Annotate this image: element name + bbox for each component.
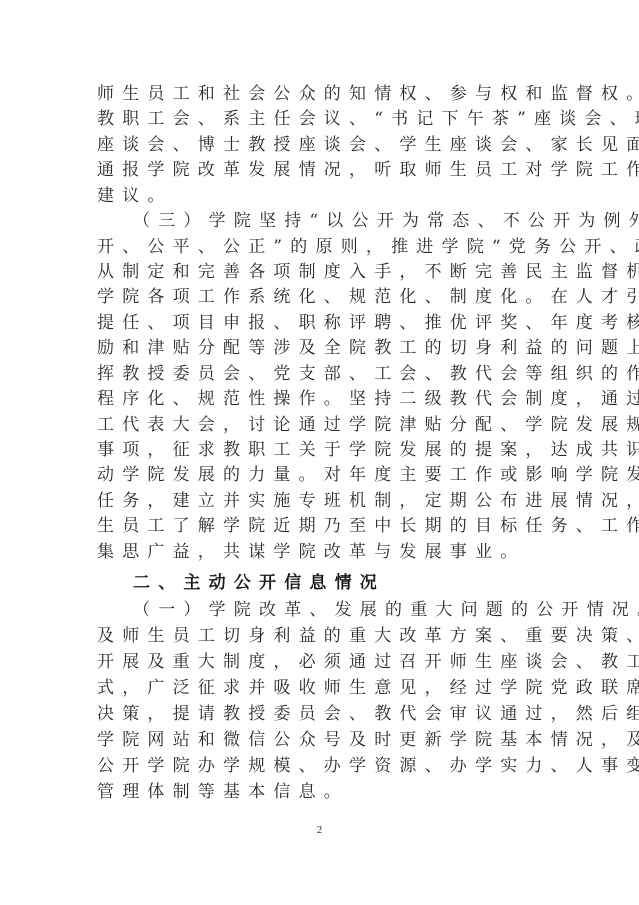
paragraph-line: 建议。 (97, 184, 542, 208)
paragraph-line: 及师生员工切身利益的重大改革方案、重要决策、重要工作 (97, 624, 542, 648)
paragraph-line: 学院网站和微信公众号及时更新学院基本情况，及时向社会 (97, 728, 542, 752)
paragraph-line: 开展及重大制度，必须通过召开师生座谈会、教工大会等形 (97, 650, 542, 674)
paragraph-line: 座谈会、博士教授座谈会、学生座谈会、家长见面会等形式， (97, 133, 542, 157)
paragraph-line: 生员工了解学院近期乃至中长期的目标任务、工作推进情况， (97, 514, 542, 538)
paragraph-line: 从制定和完善各项制度入手，不断完善民主监督机制，促进 (97, 260, 542, 284)
paragraph-line: 决策，提请教授委员会、教代会审议通过，然后组织实施。 (97, 702, 542, 726)
paragraph-line: 通报学院改革发展情况，听取师生员工对学院工作的意见与 (97, 158, 542, 182)
paragraph-line: 师生员工和社会公众的知情权、参与权和监督权。定期召开 (97, 82, 542, 106)
paragraph-line: 式，广泛征求并吸收师生意见，经过学院党政联席会议讨论、 (97, 676, 542, 700)
paragraph-line: 励和津贴分配等涉及全院教工的切身利益的问题上，充分发 (97, 336, 542, 360)
paragraph-line: 公开学院办学规模、办学资源、办学实力、人事变动、内部 (97, 754, 542, 778)
paragraph-line: 集思广益，共谋学院改革与发展事业。 (97, 540, 542, 564)
paragraph-line: 程序化、规范性操作。坚持二级教代会制度，通过召开教职 (97, 387, 542, 411)
paragraph-line: 提任、项目申报、职称评聘、推优评奖、年度考核、年底奖 (97, 311, 542, 335)
paragraph-line: 工代表大会，讨论通过学院津贴分配、学院发展规划等重大 (97, 413, 542, 437)
paragraph-line: 挥教授委员会、党支部、工会、教代会等组织的作用，进行 (97, 362, 542, 386)
paragraph-line: 教职工会、系主任会议、“书记下午茶”座谈会、班级导师 (97, 107, 542, 131)
paragraph-line: 事项，征求教职工关于学院发展的提案，达成共识，凝聚推 (97, 438, 542, 462)
paragraph-line: 动学院发展的力量。对年度主要工作或影响学院发展的重大 (97, 463, 542, 487)
paragraph-line-indented: （三）学院坚持“以公开为常态、不公开为例外”和“公 (133, 209, 578, 233)
paragraph-line: 开、公平、公正”的原则，推进学院“党务公开、政务公开”， (97, 235, 542, 259)
paragraph-line: 任务，建立并实施专班机制，定期公布进展情况，让广大师 (97, 489, 542, 513)
section-heading: 二、主动公开信息情况 (133, 571, 578, 595)
document-page: 师生员工和社会公众的知情权、参与权和监督权。定期召开 教职工会、系主任会议、“书… (0, 0, 639, 905)
page-number: 2 (0, 824, 639, 836)
paragraph-line-indented: （一）学院改革、发展的重大问题的公开情况。凡是涉 (133, 598, 578, 622)
paragraph-line: 管理体制等基本信息。 (97, 780, 542, 804)
paragraph-line: 学院各项工作系统化、规范化、制度化。在人才引进、干部 (97, 285, 542, 309)
